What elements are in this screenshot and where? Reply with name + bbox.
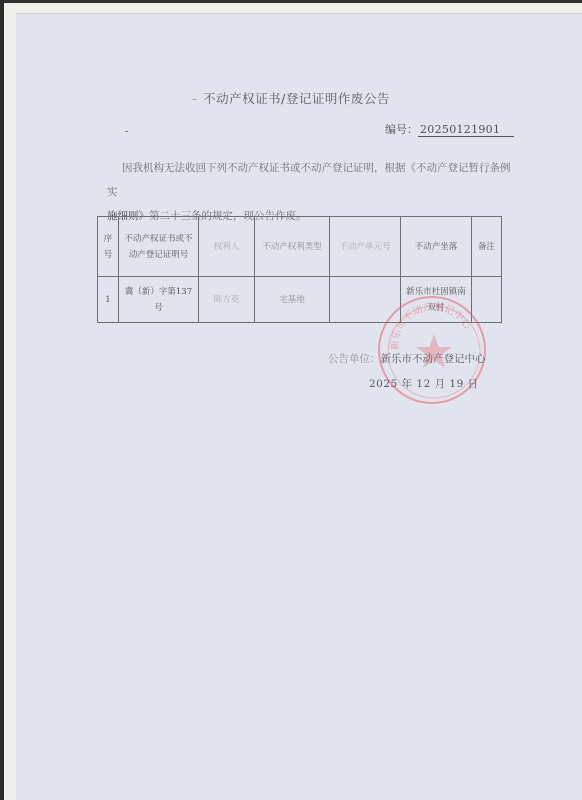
title-text: 不动产权证书/登记证明作废公告 — [203, 91, 390, 106]
header-right-type: 不动产权利类型 — [255, 217, 330, 277]
header-owner: 权利人 — [199, 217, 255, 277]
document-number-label: 编号： — [385, 123, 418, 136]
document-number-value: 20250121901 — [418, 123, 514, 137]
header-location: 不动产坐落 — [401, 217, 472, 277]
scan-margin-top — [4, 3, 582, 14]
title-prefix: - — [192, 91, 197, 106]
issuer-line: 公告单位：新乐市不动产登记中心 — [328, 351, 486, 366]
issuer-name: 新乐市不动产登记中心 — [381, 353, 486, 365]
table-header-row: 序号 不动产权证书或不动产登记证明号 权利人 不动产权利类型 不动产单元号 不动… — [98, 217, 502, 277]
document-title: -不动产权证书/登记证明作废公告 — [0, 89, 582, 107]
scan-mark — [125, 131, 128, 132]
scan-margin-left — [4, 3, 16, 800]
header-cert-no: 不动产权证书或不动产登记证明号 — [119, 217, 199, 277]
cell-index: 1 — [98, 277, 119, 323]
header-remark: 备注 — [472, 217, 502, 277]
issuer-label: 公告单位： — [328, 353, 381, 365]
cell-cert-no: 冀（新）字第137号 — [119, 277, 199, 323]
document-number: 编号：20250121901 — [385, 121, 514, 137]
header-index: 序号 — [98, 217, 119, 277]
issue-date: 2025 年 12 月 19 日 — [369, 376, 479, 391]
cell-right-type: 宅基地 — [255, 277, 330, 323]
cell-owner: 陈方英 — [199, 277, 255, 323]
header-unit-no: 不动产单元号 — [330, 217, 401, 277]
notice-body-line1: 因我机构无法收回下列不动产权证书或不动产登记证明，根据《不动产登记暂行条例实 — [107, 162, 511, 198]
